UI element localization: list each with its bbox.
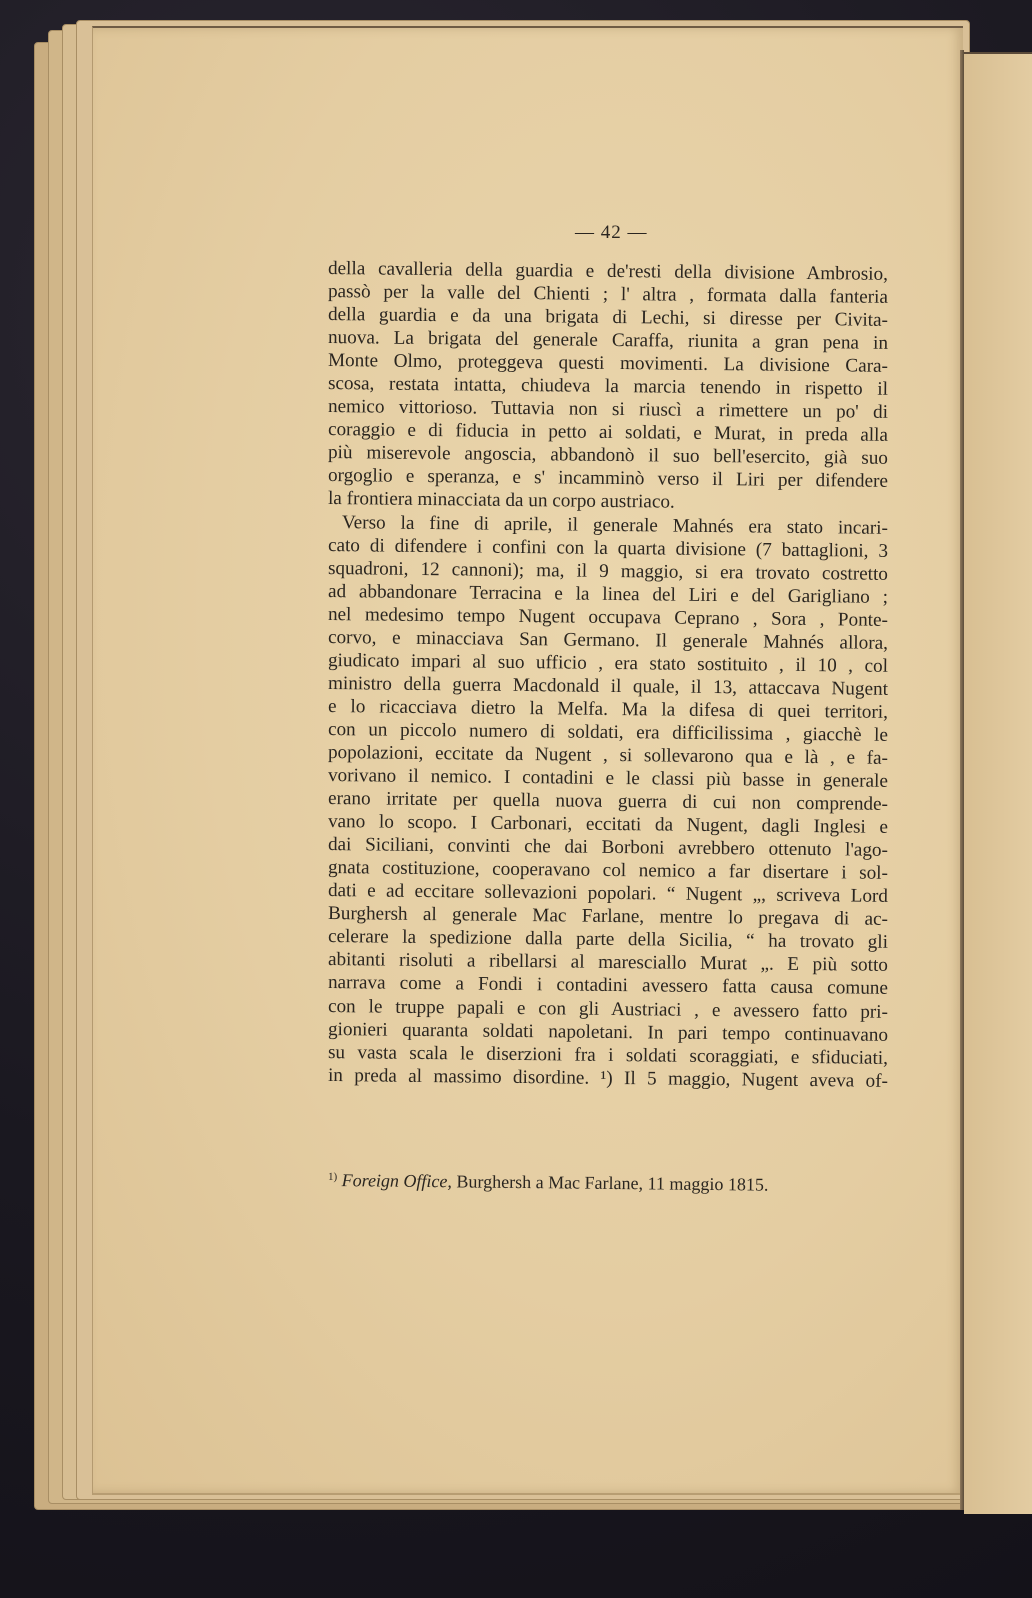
page-number: — 42 — [575, 222, 648, 244]
body-text: della cavalleria della guardia e de'rest… [328, 257, 888, 1087]
facing-page-edge [964, 52, 1032, 1514]
footnote-text: Burghersh a Mac Farlane, 11 maggio 1815. [452, 1171, 769, 1194]
footnote-marker: 1) [328, 1171, 337, 1183]
footnote-source: Foreign Office, [342, 1170, 453, 1191]
book-gutter [960, 50, 964, 1510]
